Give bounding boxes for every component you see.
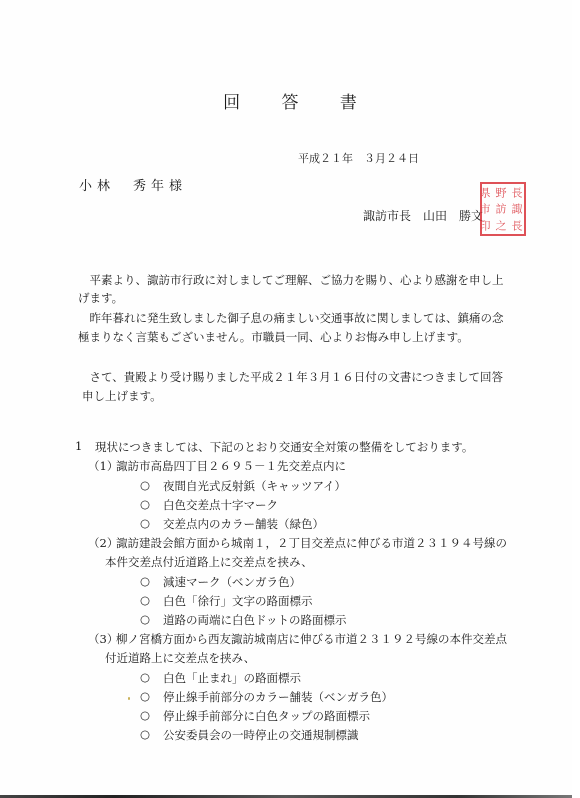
- paragraph-3-line-1: さて、貴殿より受け賜りました平成２１年３月１６日付の文書につきまして回答: [78, 369, 503, 385]
- bullet-icon: ○: [140, 593, 150, 607]
- list-item: 停止線手前部分に白色タップの路面標示: [163, 708, 370, 724]
- bullet-icon: ○: [140, 478, 150, 492]
- list-item: 停止線手前部分のカラー舗装（ベンガラ色）: [163, 689, 393, 705]
- list-item: 白色「徐行」文字の路面標示: [163, 593, 313, 609]
- list-item: 交差点内のカラー舗装（緑色）: [163, 516, 324, 532]
- list-item: 白色「止まれ」の路面標示: [163, 670, 301, 686]
- subsection-3-line-1: 柳ノ宮橋方面から西友諏訪城南店に伸びる市道２３１９２号線の本件交差点: [116, 631, 507, 647]
- document-page: 回 答 書 平成２１年 ３月２４日 小林 秀年様 諏訪市長 山田 勝文 長野県 …: [0, 0, 572, 796]
- official-seal-icon: 長野県 諏訪市 長之印: [480, 182, 526, 236]
- bullet-icon: ○: [140, 727, 150, 741]
- scan-margin: [572, 0, 580, 798]
- section-number: 1: [75, 439, 82, 453]
- title-char: 答: [282, 88, 299, 113]
- scan-speck: [128, 697, 130, 700]
- bullet-icon: ○: [140, 497, 150, 511]
- subsection-2-label: （2）: [88, 535, 118, 551]
- title-char: 書: [340, 88, 357, 113]
- paragraph-2-line-2: 極まりなく言葉もございません。市職員一同、心よりお悔み申し上げます。: [78, 329, 469, 345]
- document-title: 回 答 書: [0, 88, 580, 113]
- subsection-2-line-2: 本件交差点付近道路上に交差点を挟み、: [105, 554, 313, 570]
- bullet-icon: ○: [140, 689, 150, 703]
- list-item: 夜間自光式反射鋲（キャッツアイ）: [163, 478, 346, 494]
- list-item: 公安委員会の一時停止の交通規制標識: [163, 727, 359, 743]
- bullet-icon: ○: [140, 670, 150, 684]
- seal-column: 長之印: [476, 217, 524, 234]
- paragraph-1-line-1: 平素より、諏訪市行政に対しましてご理解、ご協力を賜り、心より感謝を申し上: [78, 272, 504, 288]
- bullet-icon: ○: [140, 612, 150, 626]
- title-char: 回: [223, 88, 240, 113]
- section-heading: 現状につきましては、下記のとおり交通安全対策の整備をしております。: [95, 439, 473, 455]
- paragraph-1-line-2: げます。: [78, 290, 123, 306]
- list-item: 道路の両端に白色ドットの路面標示: [163, 612, 347, 628]
- seal-column: 諏訪市: [476, 201, 524, 218]
- bullet-icon: ○: [140, 574, 150, 588]
- subsection-2-line-1: 諏訪建設会館方面から城南１，２丁目交差点に伸びる市道２３１９４号線の: [116, 535, 507, 551]
- subsection-3-line-2: 付近道路上に交差点を挟み、: [105, 650, 255, 666]
- subsection-1-line-1: 諏訪市高島四丁目２６９５－１先交差点内に: [116, 458, 346, 474]
- list-item: 減速マーク（ベンガラ色）: [163, 574, 301, 590]
- subsection-1-label: （1）: [88, 458, 118, 474]
- document-date: 平成２１年 ３月２４日: [298, 150, 419, 166]
- seal-column: 長野県: [476, 184, 524, 201]
- sender-name: 諏訪市長 山田 勝文: [363, 207, 483, 224]
- paragraph-3-line-2: 申し上げます。: [82, 388, 162, 404]
- list-item: 白色交差点十字マーク: [163, 497, 278, 513]
- recipient-name: 小林 秀年様: [79, 175, 187, 194]
- bullet-icon: ○: [140, 516, 150, 530]
- paragraph-2-line-1: 昨年暮れに発生致しました御子息の痛ましい交通事故に関しましては、鎮痛の念: [78, 310, 504, 326]
- subsection-3-label: （3）: [88, 631, 118, 647]
- bullet-icon: ○: [140, 708, 150, 722]
